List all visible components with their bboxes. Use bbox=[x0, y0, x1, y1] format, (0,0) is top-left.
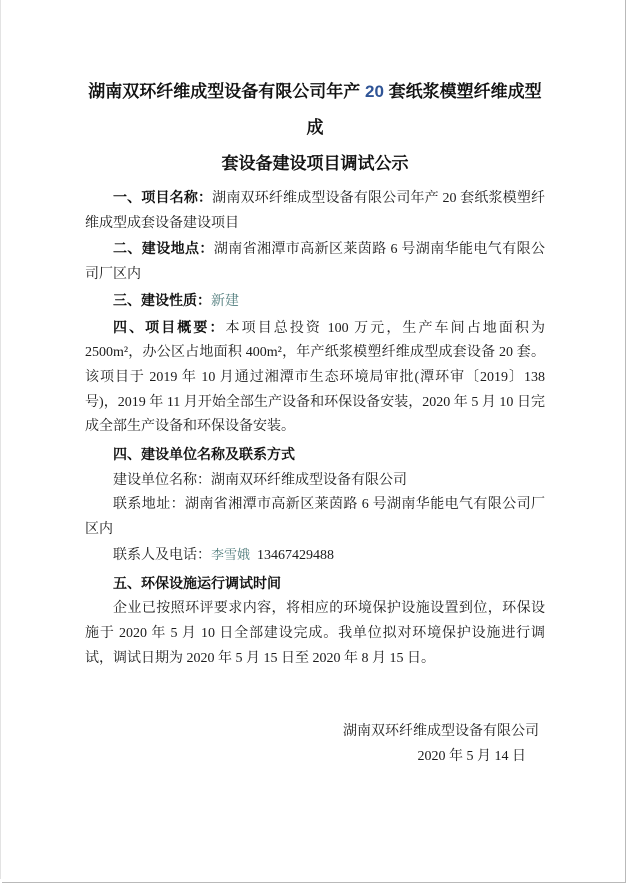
title-number: 20 bbox=[365, 82, 384, 101]
section-schedule-text: 企业已按照环评要求内容，将相应的环境保护设施设置到位，环保设施于 2020 年 … bbox=[85, 597, 545, 671]
document-page: { "colors": { "text": "#1c1c1c", "title_… bbox=[0, 0, 629, 889]
section-nature-value: 新建 bbox=[211, 294, 239, 309]
section-nature: 三、建设性质：新建 bbox=[85, 288, 545, 315]
title-text-pre: 湖南双环纤维成型设备有限公司年产 bbox=[88, 82, 365, 101]
signature-company: 湖南双环纤维成型设备有限公司 bbox=[85, 719, 539, 744]
contact-person-name: 李雪娥 bbox=[211, 547, 250, 562]
section-nature-label: 三、建设性质： bbox=[113, 292, 211, 308]
section-project-name: 一、项目名称：湖南双环纤维成型设备有限公司年产 20 套纸浆模塑纤维成型成套设备… bbox=[85, 185, 545, 236]
section-overview: 四、项目概要：本项目总投资 100 万元，生产车间占地面积为 2500m²，办公… bbox=[85, 315, 545, 441]
contact-address-line: 联系地址：湖南省湘潭市高新区莱茵路 6 号湖南华能电气有限公司厂区内 bbox=[85, 493, 545, 542]
contact-unit-line: 建设单位名称：湖南双环纤维成型设备有限公司 bbox=[85, 469, 545, 494]
contact-person-phone: 13467429488 bbox=[257, 548, 334, 563]
contact-person-label: 联系人及电话： bbox=[113, 548, 211, 563]
signature-date: 2020 年 5 月 14 日 bbox=[85, 744, 526, 769]
section-location-label: 二、建设地点： bbox=[113, 240, 214, 256]
page-bottom-shadow-edge bbox=[2, 882, 626, 883]
document-title: 湖南双环纤维成型设备有限公司年产 20 套纸浆模塑纤维成型成 套设备建设项目调试… bbox=[85, 74, 545, 182]
section-contact-heading-line: 四、建设单位名称及联系方式 bbox=[85, 442, 545, 469]
document-title-line1: 湖南双环纤维成型设备有限公司年产 20 套纸浆模塑纤维成型成 bbox=[85, 74, 545, 146]
section-overview-text: 本项目总投资 100 万元，生产车间占地面积为 2500m²，办公区占地面积 4… bbox=[85, 321, 545, 435]
section-contact-heading: 四、建设单位名称及联系方式 bbox=[113, 446, 295, 462]
contact-person-line: 联系人及电话：李雪娥13467429488 bbox=[85, 543, 545, 569]
section-schedule-heading-line: 五、环保设施运行调试时间 bbox=[85, 571, 545, 598]
signature-block: 湖南双环纤维成型设备有限公司 2020 年 5 月 14 日 bbox=[85, 719, 545, 769]
section-schedule-heading: 五、环保设施运行调试时间 bbox=[113, 575, 281, 591]
section-project-name-label: 一、项目名称： bbox=[113, 189, 212, 205]
section-location: 二、建设地点：湖南省湘潭市高新区莱茵路 6 号湖南华能电气有限公司厂区内 bbox=[85, 236, 545, 287]
document-title-line2: 套设备建设项目调试公示 bbox=[85, 146, 545, 182]
document-body: 一、项目名称：湖南双环纤维成型设备有限公司年产 20 套纸浆模塑纤维成型成套设备… bbox=[85, 185, 545, 671]
section-overview-label: 四、项目概要： bbox=[113, 319, 226, 335]
document-content: 湖南双环纤维成型设备有限公司年产 20 套纸浆模塑纤维成型成 套设备建设项目调试… bbox=[0, 0, 629, 769]
